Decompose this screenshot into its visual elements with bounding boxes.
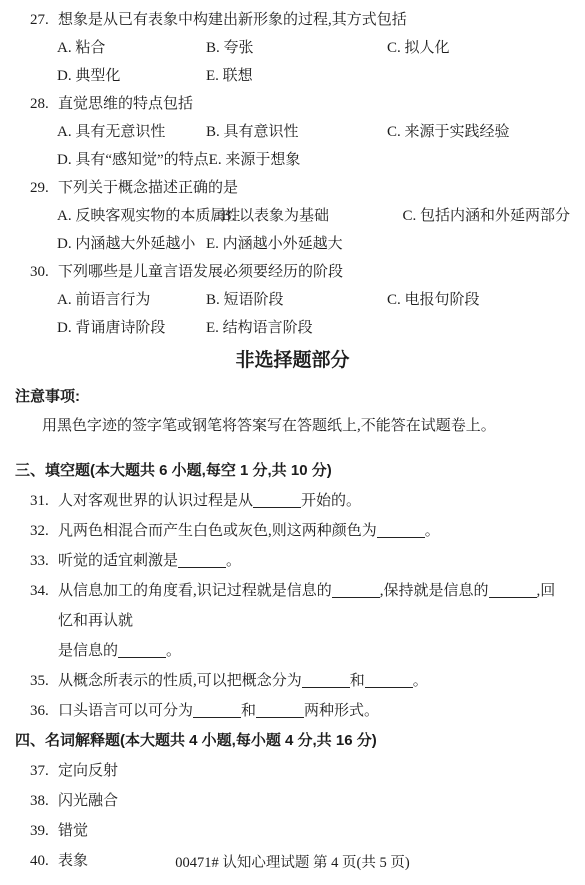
- term-section-heading: 四、名词解释题(本大题共 4 小题,每小题 4 分,共 16 分): [15, 726, 570, 756]
- answer-blank: [489, 583, 537, 598]
- question-34-number: 34.: [30, 576, 58, 606]
- option-29-b: B. 以表象为基础: [221, 202, 402, 230]
- question-27: 27.想象是从已有表象中构建出新形象的过程,其方式包括: [15, 6, 570, 34]
- answer-blank: [377, 523, 425, 538]
- option-27-c: C. 拟人化: [387, 34, 570, 62]
- question-36-text-2: 和: [241, 703, 256, 719]
- question-32-text-end: 。: [425, 523, 440, 539]
- answer-blank: [253, 493, 301, 508]
- option-29-c: C. 包括内涵和外延两部分: [402, 202, 570, 230]
- notice-title: 注意事项:: [15, 382, 570, 412]
- answer-blank: [193, 703, 241, 718]
- question-32: 32.凡两色相混合而产生白色或灰色,则这两种颜色为。: [15, 516, 570, 546]
- question-35-text-1: 从概念所表示的性质,可以把概念分为: [58, 673, 302, 689]
- question-30-number: 30.: [30, 258, 58, 286]
- question-28: 28.直觉思维的特点包括: [15, 90, 570, 118]
- question-33: 33.听觉的适宜刺激是。: [15, 546, 570, 576]
- option-29-a: A. 反映客观实物的本质属性: [57, 202, 221, 230]
- question-27-stem: 想象是从已有表象中构建出新形象的过程,其方式包括: [58, 12, 407, 28]
- answer-blank: [332, 583, 380, 598]
- question-36-text-1: 口头语言可以可分为: [58, 703, 193, 719]
- option-30-c: C. 电报句阶段: [387, 286, 570, 314]
- option-27-d: D. 典型化: [57, 62, 206, 90]
- option-28-c: C. 来源于实践经验: [387, 118, 570, 146]
- option-28-d: D. 具有“感知觉”的特点: [57, 146, 209, 174]
- question-28-stem: 直觉思维的特点包括: [58, 96, 193, 112]
- answer-blank: [178, 553, 226, 568]
- option-27-e: E. 联想: [206, 62, 387, 90]
- question-30-options-row-1: A. 前语言行为 B. 短语阶段 C. 电报句阶段: [57, 286, 570, 314]
- page-footer: 00471# 认知心理试题 第 4 页(共 5 页): [0, 854, 585, 872]
- option-30-d: D. 背诵唐诗阶段: [57, 314, 206, 342]
- question-39-text: 错觉: [58, 823, 88, 839]
- option-28-e: E. 来源于想象: [209, 146, 390, 174]
- question-31-text-end: 开始的。: [301, 493, 361, 509]
- answer-blank: [365, 673, 413, 688]
- question-27-options-row-2: D. 典型化 E. 联想: [57, 62, 570, 90]
- question-28-options-row-1: A. 具有无意识性 B. 具有意识性 C. 来源于实践经验: [57, 118, 570, 146]
- question-35-text-end: 。: [413, 673, 428, 689]
- question-35-number: 35.: [30, 666, 58, 696]
- question-35: 35.从概念所表示的性质,可以把概念分为和。: [15, 666, 570, 696]
- question-38-text: 闪光融合: [58, 793, 118, 809]
- question-27-number: 27.: [30, 6, 58, 34]
- option-29-d: D. 内涵越大外延越小: [57, 230, 206, 258]
- question-34: 34.从信息加工的角度看,识记过程就是信息的,保持就是信息的,回忆和再认就: [15, 576, 570, 636]
- exam-page: 27.想象是从已有表象中构建出新形象的过程,其方式包括 A. 粘合 B. 夸张 …: [0, 0, 585, 885]
- notice-body: 用黑色字迹的签字笔或钢笔将答案写在答题纸上,不能答在试题卷上。: [15, 412, 570, 440]
- answer-blank: [256, 703, 304, 718]
- question-34-text-1: 从信息加工的角度看,识记过程就是信息的: [58, 583, 332, 599]
- question-31-number: 31.: [30, 486, 58, 516]
- question-33-text: 听觉的适宜刺激是: [58, 553, 178, 569]
- option-30-b: B. 短语阶段: [206, 286, 387, 314]
- question-34-text-4: 是信息的: [58, 643, 118, 659]
- question-32-text: 凡两色相混合而产生白色或灰色,则这两种颜色为: [58, 523, 377, 539]
- question-33-text-end: 。: [226, 553, 241, 569]
- question-37-number: 37.: [30, 756, 58, 786]
- question-34-text-2: ,保持就是信息的: [380, 583, 489, 599]
- question-33-number: 33.: [30, 546, 58, 576]
- question-29-stem: 下列关于概念描述正确的是: [58, 180, 238, 196]
- option-28-b: B. 具有意识性: [206, 118, 387, 146]
- question-27-options-row-1: A. 粘合 B. 夸张 C. 拟人化: [57, 34, 570, 62]
- question-29-number: 29.: [30, 174, 58, 202]
- answer-blank: [302, 673, 350, 688]
- question-34-text-end: 。: [166, 643, 181, 659]
- question-30-stem: 下列哪些是儿童言语发展必须要经历的阶段: [58, 264, 343, 280]
- question-37-text: 定向反射: [58, 763, 118, 779]
- question-28-options-row-2: D. 具有“感知觉”的特点 E. 来源于想象: [57, 146, 570, 174]
- question-30-options-row-2: D. 背诵唐诗阶段 E. 结构语言阶段: [57, 314, 570, 342]
- question-36-text-end: 两种形式。: [304, 703, 379, 719]
- question-29-options-row-2: D. 内涵越大外延越小 E. 内涵越小外延越大: [57, 230, 570, 258]
- question-31-text: 人对客观世界的认识过程是从: [58, 493, 253, 509]
- option-30-e: E. 结构语言阶段: [206, 314, 387, 342]
- question-38-number: 38.: [30, 786, 58, 816]
- question-39-number: 39.: [30, 816, 58, 846]
- question-32-number: 32.: [30, 516, 58, 546]
- question-36: 36.口头语言可以可分为和两种形式。: [15, 696, 570, 726]
- question-38: 38.闪光融合: [15, 786, 570, 816]
- question-29-options-row-1: A. 反映客观实物的本质属性 B. 以表象为基础 C. 包括内涵和外延两部分: [57, 202, 570, 230]
- nonchoice-section-heading: 非选择题部分: [15, 346, 570, 376]
- question-36-number: 36.: [30, 696, 58, 726]
- question-37: 37.定向反射: [15, 756, 570, 786]
- question-35-text-2: 和: [350, 673, 365, 689]
- question-39: 39.错觉: [15, 816, 570, 846]
- option-27-b: B. 夸张: [206, 34, 387, 62]
- question-28-number: 28.: [30, 90, 58, 118]
- option-27-a: A. 粘合: [57, 34, 206, 62]
- question-30: 30.下列哪些是儿童言语发展必须要经历的阶段: [15, 258, 570, 286]
- option-29-e: E. 内涵越小外延越大: [206, 230, 387, 258]
- question-31: 31.人对客观世界的认识过程是从开始的。: [15, 486, 570, 516]
- option-28-a: A. 具有无意识性: [57, 118, 206, 146]
- question-29: 29.下列关于概念描述正确的是: [15, 174, 570, 202]
- option-30-a: A. 前语言行为: [57, 286, 206, 314]
- answer-blank: [118, 643, 166, 658]
- question-34-continued: 是信息的。: [15, 636, 570, 666]
- fill-section-heading: 三、填空题(本大题共 6 小题,每空 1 分,共 10 分): [15, 456, 570, 486]
